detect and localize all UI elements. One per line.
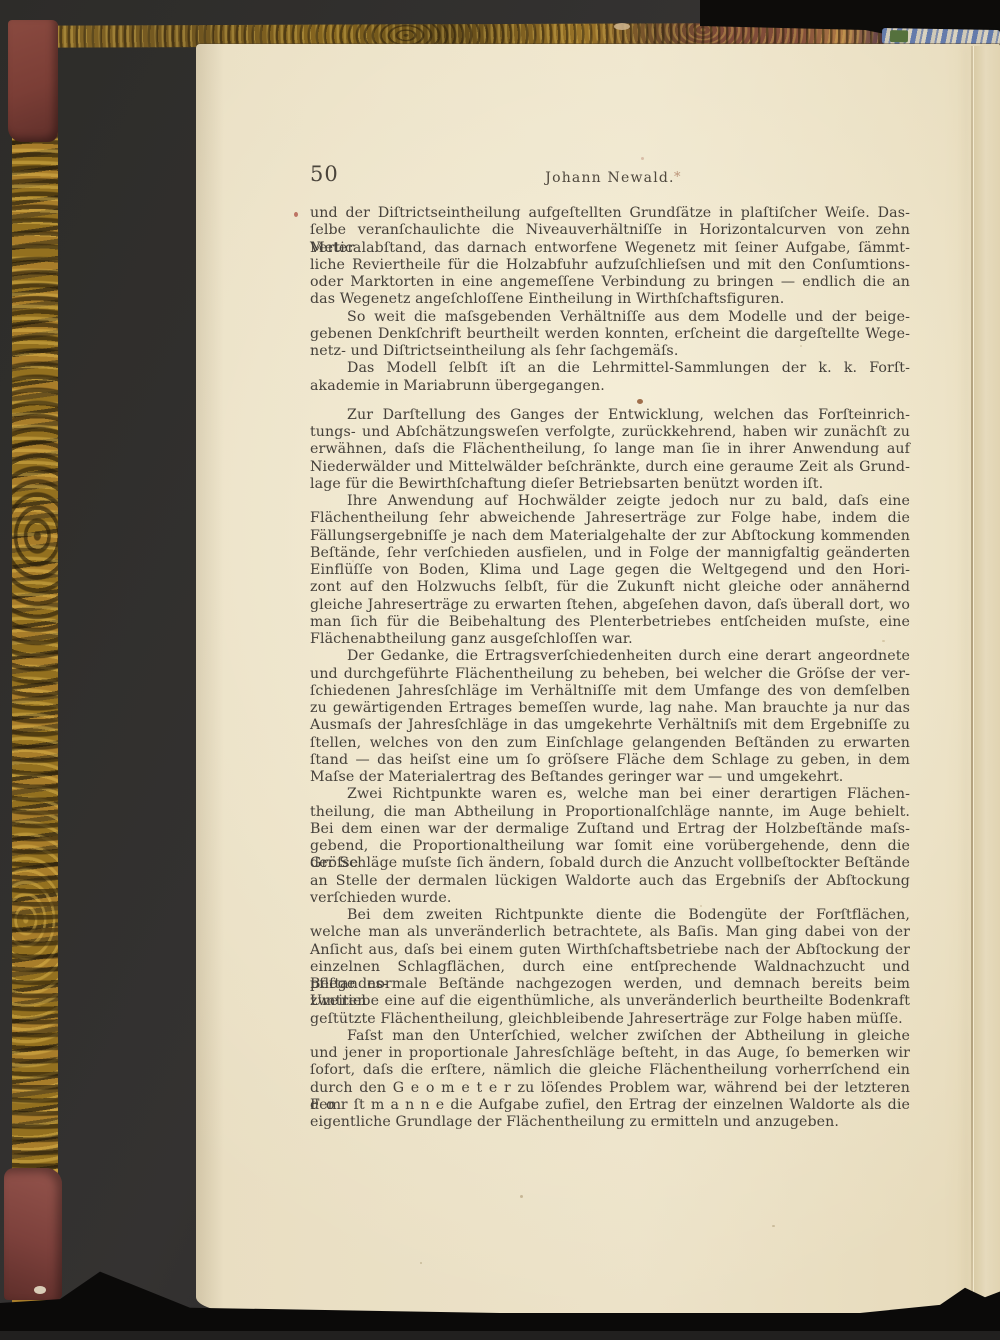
text-line: akademie in Mariabrunn übergegangen. <box>310 378 910 395</box>
speck <box>882 640 885 642</box>
text-line: ſtand — das heiſst eine um ſo gröſsere F… <box>310 752 910 769</box>
text-line: Ausmaſs der Jahresſchläge in das umgekeh… <box>310 717 910 734</box>
text-line: ſchiedenen Jahresſchläge im Verhältniſſe… <box>310 683 910 700</box>
text-line: Niederwälder und Mittelwälder beſchränkt… <box>310 459 910 476</box>
text-line: zu gewärtigenden Ertrages bemeſſen wurde… <box>310 700 910 717</box>
speck <box>294 212 298 217</box>
paragraph: Bei dem zweiten Richtpunkte diente die B… <box>310 907 910 1028</box>
text-line: durch den G e o m e t e r zu löſendes Pr… <box>310 1080 910 1097</box>
paragraph: Ihre Anwendung auf Hochwälder zeigte jed… <box>310 493 910 648</box>
text-line: Verticalabſtand, das darnach entworfene … <box>310 240 910 257</box>
speck <box>637 399 643 404</box>
running-title: Johann Newald. <box>310 170 910 186</box>
text-line: erwähnen, daſs die Flächentheilung, ſo l… <box>310 441 910 458</box>
text-line: einzelnen Schlagflächen, durch eine entſ… <box>310 959 910 976</box>
speck <box>772 1225 775 1227</box>
paragraph: Zur Darſtellung des Ganges der Entwicklu… <box>310 407 910 493</box>
text-line: das Wegenetz angeſchloſſene Eintheilung … <box>310 291 910 308</box>
speck <box>420 1262 422 1264</box>
text-line: welche man als unveränderlich betrachtet… <box>310 924 910 941</box>
speck <box>800 345 802 347</box>
text-line: oder Marktorten in eine angemeſſene Verb… <box>310 274 910 291</box>
text-line: geſtützte Flächentheilung, gleichbleiben… <box>310 1011 910 1028</box>
paragraph: Faſst man den Unterſchied, welcher zwiſc… <box>310 1028 910 1132</box>
text-line: Der Gedanke, die Ertragsverſchiedenheite… <box>310 648 910 665</box>
text-line: Bei dem zweiten Richtpunkte diente die B… <box>310 907 910 924</box>
text-line: und der Diſtrictseintheilung aufgeſtellt… <box>310 205 910 222</box>
text-line: der Schläge muſste ſich ändern, ſobald d… <box>310 855 910 872</box>
speck <box>614 23 630 30</box>
paragraph: Das Modell ſelbſt iſt an die Lehrmittel-… <box>310 360 910 395</box>
text-line: und jener in proportionale Jahresſchläge… <box>310 1045 910 1062</box>
text-line: So weit die maſsgebenden Verhältniſſe au… <box>310 309 910 326</box>
text-line: lage für die Bewirthſchaftung dieſer Bet… <box>310 476 910 493</box>
text-line: pflege normale Beſtände nachgezogen werd… <box>310 976 910 993</box>
text-line: Maſse der Materialertrag des Beſtandes g… <box>310 769 910 786</box>
text-line: F o r ſt m a n n e die Aufgabe zufiel, d… <box>310 1097 910 1114</box>
text-line: eigentliche Grundlage der Flächentheilun… <box>310 1114 910 1131</box>
bottom-strip <box>0 1331 1000 1340</box>
scanned-book-photo: 50 Johann Newald. * und der Diſtrictsein… <box>0 0 1000 1340</box>
text-line: Zur Darſtellung des Ganges der Entwicklu… <box>310 407 910 424</box>
paragraph: Der Gedanke, die Ertragsverſchiedenheite… <box>310 648 910 786</box>
text-line: gleiche Jahreserträge zu erwarten ſtehen… <box>310 597 910 614</box>
speck <box>641 157 644 160</box>
text-line: Zwei Richtpunkte waren es, welche man be… <box>310 786 910 803</box>
text-line: und durchgeführte Flächentheilung zu beh… <box>310 666 910 683</box>
text-line: gebend, die Proportionaltheilung war ſom… <box>310 838 910 855</box>
speck <box>700 905 702 907</box>
text-line: liche Reviertheile für die Holzabfuhr au… <box>310 257 910 274</box>
text-line: Bei dem einen war der dermalige Zuſtand … <box>310 821 910 838</box>
stray-ink-mark: * <box>674 170 681 185</box>
text-line: Flächentheilung ſehr abweichende Jahrese… <box>310 510 910 527</box>
text-line: netz- und Diſtrictseintheilung als ſehr … <box>310 343 910 360</box>
text-line: Flächenabtheilung ganz ausgeſchloſſen wa… <box>310 631 910 648</box>
page-content: 50 Johann Newald. * und der Diſtrictsein… <box>0 0 1000 1340</box>
text-line: Umtriebe eine auf die eigenthümliche, al… <box>310 993 910 1010</box>
speck <box>34 1286 46 1294</box>
text-line: ſofort, daſs die erſtere, nämlich die gl… <box>310 1062 910 1079</box>
paragraph: So weit die maſsgebenden Verhältniſſe au… <box>310 309 910 361</box>
paragraph: Zwei Richtpunkte waren es, welche man be… <box>310 786 910 907</box>
text-line: Fällungsergebniſſe je nach dem Materialg… <box>310 528 910 545</box>
text-line: Ihre Anwendung auf Hochwälder zeigte jed… <box>310 493 910 510</box>
text-line: tungs- und Abſchätzungsweſen verfolgte, … <box>310 424 910 441</box>
text-line: verſchieden wurde. <box>310 890 910 907</box>
text-line: Einflüſſe von Boden, Klima und Lage gege… <box>310 562 910 579</box>
text-line: man ſich für die Beibehaltung des Plente… <box>310 614 910 631</box>
text-line: ſtellen, welches von den zum Einſchlage … <box>310 735 910 752</box>
text-line: zont auf den Holzwuchs ſelbſt, für die Z… <box>310 579 910 596</box>
text-line: Das Modell ſelbſt iſt an die Lehrmittel-… <box>310 360 910 377</box>
text-line: Anſicht aus, daſs bei einem guten Wirthſ… <box>310 942 910 959</box>
text-line: gebenen Denkſchrift beurtheilt werden ko… <box>310 326 910 343</box>
speck <box>352 560 354 562</box>
text-line: Beſtände, ſehr verſchieden ausfielen, un… <box>310 545 910 562</box>
text-line: an Stelle der dermalen lückigen Waldorte… <box>310 873 910 890</box>
paragraph: und der Diſtrictseintheilung aufgeſtellt… <box>310 205 910 309</box>
text-line: ſelbe veranſchaulichte die Niveauverhält… <box>310 222 910 239</box>
speck <box>520 1195 523 1198</box>
text-line: theilung, die man Abtheilung in Proporti… <box>310 804 910 821</box>
text-line: Faſst man den Unterſchied, welcher zwiſc… <box>310 1028 910 1045</box>
text-block: und der Diſtrictseintheilung aufgeſtellt… <box>310 205 910 1131</box>
